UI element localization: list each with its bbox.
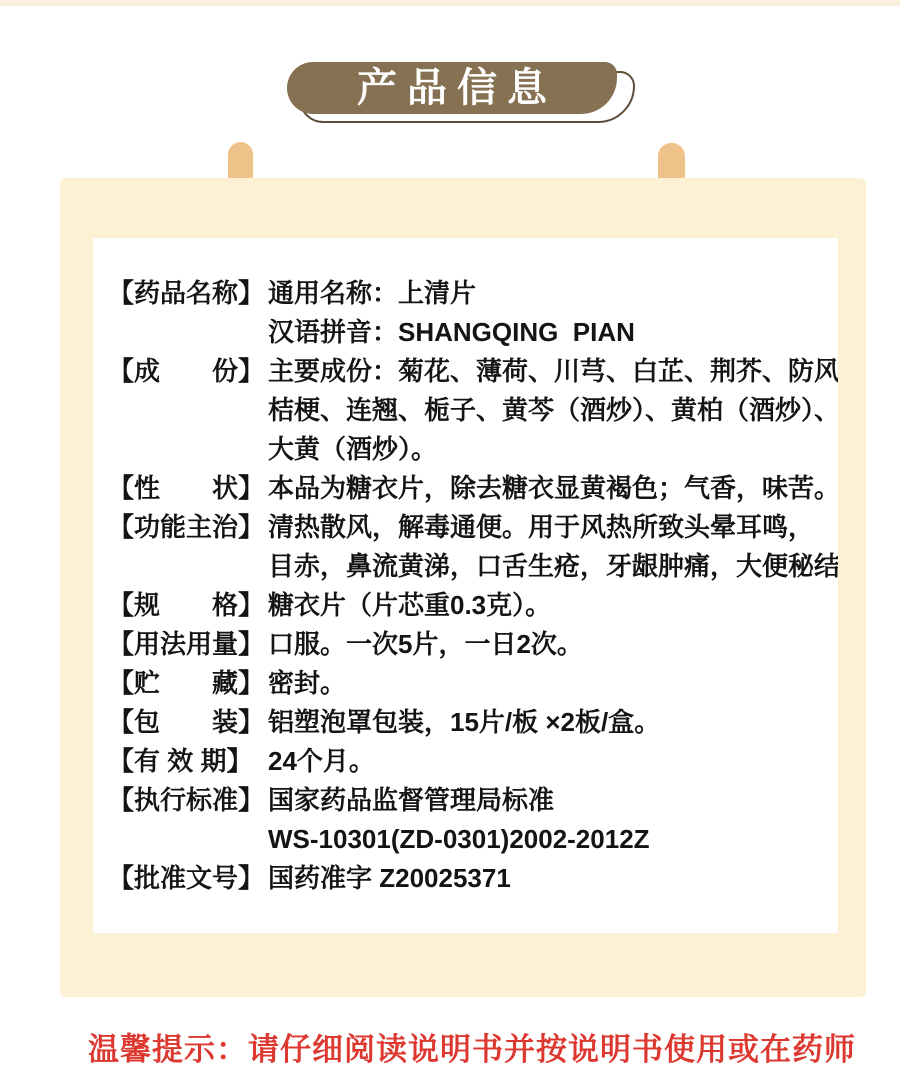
field-value-line: 国药准字 Z20025371 bbox=[268, 859, 834, 898]
info-sections: 【药品名称】通用名称：上清片汉语拼音：SHANGQING PIAN【成 份】主要… bbox=[108, 274, 834, 898]
field-label: 【用法用量】 bbox=[108, 625, 268, 664]
field-value-line: 糖衣片（片芯重0.3克）。 bbox=[268, 586, 834, 625]
field-value-line: 大黄（酒炒）。 bbox=[268, 430, 834, 469]
field-label: 【有 效 期】 bbox=[108, 742, 268, 781]
field-label: 【包 装】 bbox=[108, 703, 268, 742]
info-row: 【贮 藏】密封。 bbox=[108, 664, 834, 703]
field-value-line: 密封。 bbox=[268, 664, 834, 703]
field-value-line: WS-10301(ZD-0301)2002-2012Z bbox=[268, 820, 834, 859]
field-value-line: 铝塑泡罩包装，15片/板 ×2板/盒。 bbox=[268, 703, 834, 742]
field-value: 通用名称：上清片汉语拼音：SHANGQING PIAN bbox=[268, 274, 834, 352]
section-header-banner: 产品信息 bbox=[287, 62, 617, 114]
info-row: 【包 装】铝塑泡罩包装，15片/板 ×2板/盒。 bbox=[108, 703, 834, 742]
info-row: 【功能主治】清热散风，解毒通便。用于风热所致头晕耳鸣，目赤，鼻流黄涕，口舌生疮，… bbox=[108, 508, 834, 586]
info-row: 【有 效 期】24个月。 bbox=[108, 742, 834, 781]
field-value: 国药准字 Z20025371 bbox=[268, 859, 834, 898]
field-value-line: 口服。一次5片，一日2次。 bbox=[268, 625, 834, 664]
info-row: 【批准文号】国药准字 Z20025371 bbox=[108, 859, 834, 898]
field-value: 铝塑泡罩包装，15片/板 ×2板/盒。 bbox=[268, 703, 834, 742]
info-row: 【用法用量】口服。一次5片，一日2次。 bbox=[108, 625, 834, 664]
field-value: 主要成份：菊花、薄荷、川芎、白芷、荆芥、防风、桔梗、连翘、栀子、黄芩（酒炒）、黄… bbox=[268, 352, 834, 469]
field-value-line: 目赤，鼻流黄涕，口舌生疮，牙龈肿痛，大便秘结。 bbox=[268, 547, 834, 586]
banner: 产品信息 bbox=[287, 62, 617, 114]
field-value-line: 通用名称：上清片 bbox=[268, 274, 834, 313]
info-row: 【药品名称】通用名称：上清片汉语拼音：SHANGQING PIAN bbox=[108, 274, 834, 352]
field-value: 口服。一次5片，一日2次。 bbox=[268, 625, 834, 664]
product-info-page: 产品信息 【药品名称】通用名称：上清片汉语拼音：SHANGQING PIAN【成… bbox=[0, 0, 900, 1068]
cream-panel: 【药品名称】通用名称：上清片汉语拼音：SHANGQING PIAN【成 份】主要… bbox=[60, 178, 866, 997]
field-label: 【药品名称】 bbox=[108, 274, 268, 313]
field-label: 【规 格】 bbox=[108, 586, 268, 625]
info-row: 【成 份】主要成份：菊花、薄荷、川芎、白芷、荆芥、防风、桔梗、连翘、栀子、黄芩（… bbox=[108, 352, 834, 469]
field-value: 清热散风，解毒通便。用于风热所致头晕耳鸣，目赤，鼻流黄涕，口舌生疮，牙龈肿痛，大… bbox=[268, 508, 834, 586]
field-value-line: 24个月。 bbox=[268, 742, 834, 781]
field-value: 24个月。 bbox=[268, 742, 834, 781]
field-value-line: 国家药品监督管理局标准 bbox=[268, 781, 834, 820]
top-divider-strip bbox=[0, 0, 900, 6]
field-value-line: 本品为糖衣片，除去糖衣显黄褐色；气香，味苦。 bbox=[268, 469, 834, 508]
warm-notice-text: 温馨提示：请仔细阅读说明书并按说明书使用或在药师 bbox=[88, 1024, 856, 1068]
field-label: 【功能主治】 bbox=[108, 508, 268, 547]
field-value: 密封。 bbox=[268, 664, 834, 703]
page-title: 产品信息 bbox=[347, 68, 557, 108]
field-value-line: 清热散风，解毒通便。用于风热所致头晕耳鸣， bbox=[268, 508, 834, 547]
field-value-line: 汉语拼音：SHANGQING PIAN bbox=[268, 313, 834, 352]
info-row: 【规 格】糖衣片（片芯重0.3克）。 bbox=[108, 586, 834, 625]
field-label: 【成 份】 bbox=[108, 352, 268, 391]
field-value: 本品为糖衣片，除去糖衣显黄褐色；气香，味苦。 bbox=[268, 469, 834, 508]
field-value: 国家药品监督管理局标准WS-10301(ZD-0301)2002-2012Z bbox=[268, 781, 834, 859]
product-info-card: 【药品名称】通用名称：上清片汉语拼音：SHANGQING PIAN【成 份】主要… bbox=[93, 238, 838, 933]
info-row: 【执行标准】国家药品监督管理局标准WS-10301(ZD-0301)2002-2… bbox=[108, 781, 834, 859]
info-row: 【性 状】本品为糖衣片，除去糖衣显黄褐色；气香，味苦。 bbox=[108, 469, 834, 508]
field-value: 糖衣片（片芯重0.3克）。 bbox=[268, 586, 834, 625]
field-label: 【批准文号】 bbox=[108, 859, 268, 898]
field-label: 【执行标准】 bbox=[108, 781, 268, 820]
field-label: 【性 状】 bbox=[108, 469, 268, 508]
field-value-line: 桔梗、连翘、栀子、黄芩（酒炒）、黄柏（酒炒）、 bbox=[268, 391, 834, 430]
field-label: 【贮 藏】 bbox=[108, 664, 268, 703]
field-value-line: 主要成份：菊花、薄荷、川芎、白芷、荆芥、防风、 bbox=[268, 352, 834, 391]
